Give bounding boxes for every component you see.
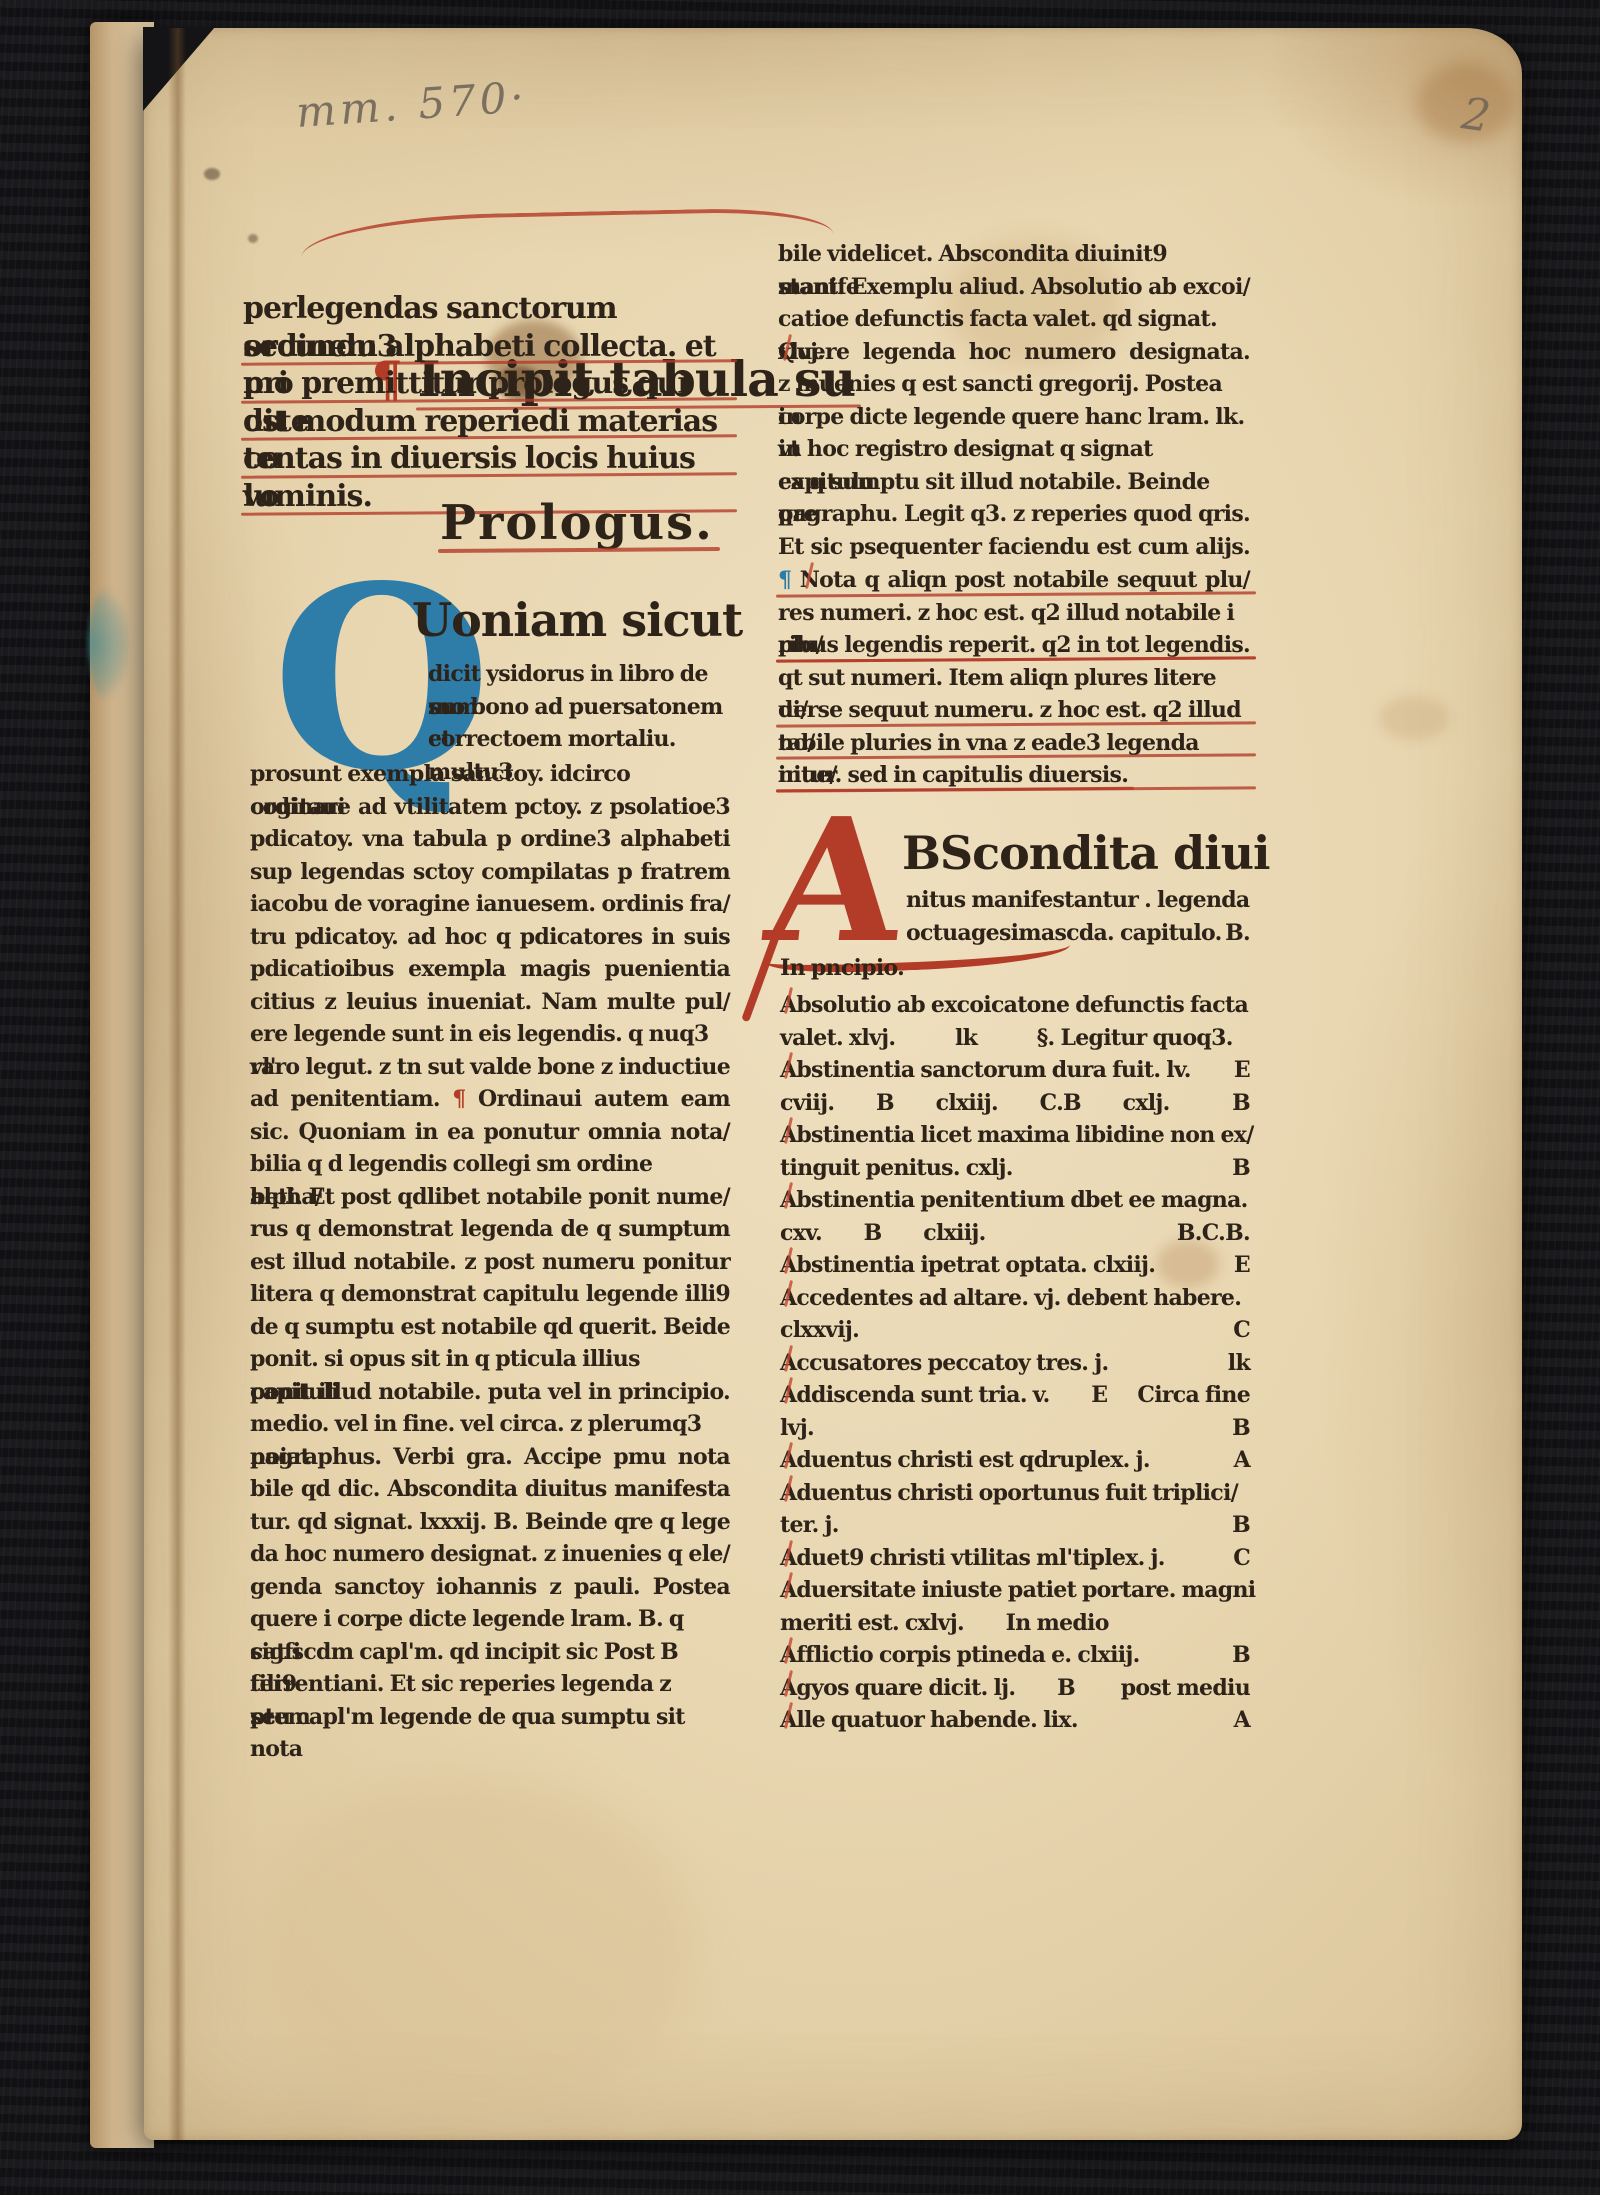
ink-speck xyxy=(204,168,220,180)
nota-line: ¶ Nota q aliqn post notabile sequut plu/ xyxy=(778,564,1250,597)
right-column-line: in hoc registro designat q signat capitu… xyxy=(778,433,1250,466)
reference-letters: C xyxy=(1233,1542,1250,1575)
teal-paint-smudge xyxy=(88,585,130,703)
reference-letters: B xyxy=(1232,1412,1250,1445)
prologue-line: ordinare ad vtilitatem pctoy. z psolatio… xyxy=(250,791,730,824)
rubric-stroke-initial: A xyxy=(780,1249,796,1282)
stain xyxy=(1379,696,1449,740)
reference-letters: B xyxy=(1232,1087,1250,1120)
index-line: Aduentus christi est qdruplex. j.A xyxy=(780,1444,1250,1477)
reference-letters: Circa fine xyxy=(1137,1379,1250,1412)
prologue-line: iacobu de voragine ianuesem. ordinis fra… xyxy=(250,888,730,921)
prologue-line: raro legut. z tn sut valde bone z induct… xyxy=(250,1051,730,1084)
heading-line: tentas in diuersis locis huius vo xyxy=(243,440,731,478)
heading-line: mo premittitur prologus qui oste xyxy=(243,365,731,403)
index-line: Accedentes ad altare. vj. debent habere. xyxy=(780,1282,1250,1315)
prologue-line: bilia q d legendis collegi sm ordine alp… xyxy=(250,1148,730,1181)
prologue-line: pagraphus. Verbi gra. Accipe pmu nota xyxy=(250,1441,730,1474)
rubric-stroke-initial: A xyxy=(780,1282,796,1315)
prologue-line: pdicatoy. vna tabula p ordine3 alphabeti xyxy=(250,823,730,856)
reference-letters: post mediu xyxy=(1121,1672,1250,1705)
nota-line: tabile pluries in vna z eade3 legenda in… xyxy=(778,727,1250,760)
nota-line: res numeri. z hoc est. q2 illud notabile… xyxy=(778,597,1250,630)
heading-line: dit modum reperiedi materias co xyxy=(243,403,731,441)
index-line: cviij. B clxiij. C.B cxlj.B xyxy=(780,1087,1250,1120)
prologue-line: sic. Quoniam in ea ponutur omnia nota/ xyxy=(250,1116,730,1149)
prologue-body: prosunt exempla sanctoy. idcirco cogitau… xyxy=(250,758,730,1733)
nota-line: qt sut numeri. Item aliqn plures litere … xyxy=(778,662,1250,695)
entry-heading-continuation: nitus manifestantur . legendaoctuagesima… xyxy=(906,884,1250,949)
gutter-fold-line xyxy=(168,28,186,2140)
prologue-line: cat scdm capl'm. qd incipit sic Post B f… xyxy=(250,1636,730,1669)
index-line: ter. j.B xyxy=(780,1509,1250,1542)
rubric-stroke-initial: A xyxy=(780,989,796,1022)
index-line: Aduet9 christi vtilitas ml'tiplex. j.C xyxy=(780,1542,1250,1575)
rubric-stroke-initial: A xyxy=(780,1444,796,1477)
prologue-line: terrentiani. Et sic reperies legenda z p… xyxy=(250,1668,730,1701)
index-line: Absolutio ab excoicatone defunctis facta xyxy=(780,989,1250,1022)
rubric-stroke-initial: Q xyxy=(778,336,796,369)
prologue-line: ere legende sunt in eis legendis. q nuq3… xyxy=(250,1018,730,1051)
book-page: mm. 570· 2 ¶Incipit tabula su perlegenda… xyxy=(144,28,1522,2140)
index-line: clxxvij.C xyxy=(780,1314,1250,1347)
index-line: Abstinentia ipetrat optata. clxiij.E xyxy=(780,1249,1250,1282)
index-line: lvj.B xyxy=(780,1412,1250,1445)
prologue-line: litera q demonstrat capitulu legende ill… xyxy=(250,1278,730,1311)
right-column-line: z inuenies q est sancti gregorij. Postea… xyxy=(778,368,1250,401)
rubric-stroke-initial: A xyxy=(780,1379,796,1412)
prologue-line: quere i corpe dicte legende lram. B. q s… xyxy=(250,1603,730,1636)
prologue-line: citius z leuius inueniat. Nam multe pul/ xyxy=(250,986,730,1019)
entry-line: nitus manifestantur . legenda xyxy=(906,884,1250,917)
prologue-line: medio. vel in fine. vel circa. z plerumq… xyxy=(250,1408,730,1441)
index-line: Accusatores peccatoy tres. j.lk xyxy=(780,1347,1250,1380)
right-column-line: pagraphu. Legit q3. z reperies quod qris… xyxy=(778,498,1250,531)
alphabetical-index: Absolutio ab excoicatone defunctis facta… xyxy=(780,989,1250,1737)
prologue-line: da hoc numero designat. z inuenies q ele… xyxy=(250,1538,730,1571)
right-column-top-text: bile videlicet. Abscondita diuinit9 mani… xyxy=(778,238,1250,563)
prologue-line: beti. Et post qdlibet notabile ponit num… xyxy=(250,1181,730,1214)
index-line: Abstinentia licet maxima libidine non ex… xyxy=(780,1119,1250,1152)
heading-line: perlegendas sanctorum secundu3 xyxy=(243,290,731,328)
prologue-line: pdicatioibus exempla magis puenientia xyxy=(250,953,730,986)
prologue-line: correctoem mortaliu. multu3 xyxy=(428,723,730,756)
reference-letters: E xyxy=(1234,1249,1250,1282)
reference-letters: E xyxy=(1234,1054,1250,1087)
right-column-line: Quere legenda hoc numero designata. xyxy=(778,336,1250,369)
rubric-flourish xyxy=(301,206,834,257)
prologue-line: tru pdicatoy. ad hoc q pdicatores in sui… xyxy=(250,921,730,954)
entry-line: octuagesimascda. capitulo.B. xyxy=(906,917,1250,950)
shelfmark-annotation: mm. 570· xyxy=(295,72,530,137)
prologue-line: de q sumptu est notabile qd querit. Beid… xyxy=(250,1311,730,1344)
reference-letters: B xyxy=(1232,1639,1250,1672)
rubric-stroke-initial: A xyxy=(780,1639,796,1672)
prologue-line: ponit. si opus sit in q pticula illius c… xyxy=(250,1343,730,1376)
index-line: meriti est. cxlvj. In medio xyxy=(780,1607,1250,1640)
entry-position-line: In pncipio. xyxy=(780,952,1080,985)
rubric-stroke-initial: A xyxy=(780,1184,796,1217)
index-line: Addiscenda sunt tria. v. ECirca fine xyxy=(780,1379,1250,1412)
reference-letters: C xyxy=(1233,1314,1250,1347)
index-line: Agyos quare dicit. lj. Bpost mediu xyxy=(780,1672,1250,1705)
reference-letters: B.C.B. xyxy=(1177,1217,1250,1250)
index-line: Abstinentia penitentium dbet ee magna. xyxy=(780,1184,1250,1217)
stain xyxy=(254,1778,694,2118)
prologue-line: ad penitentiam. ¶ Ordinaui autem eam xyxy=(250,1083,730,1116)
incipit-heading: ¶Incipit tabula su perlegendas sanctorum… xyxy=(243,224,731,515)
right-column-line: Et sic psequenter faciendu est cum alijs… xyxy=(778,531,1250,564)
reference-letters: B. xyxy=(1225,917,1250,950)
prologue-line: bile qd dic. Abscondita diuitus manifest… xyxy=(250,1473,730,1506)
reference-letters: A xyxy=(1234,1444,1250,1477)
entry-position: In pncipio. xyxy=(780,952,1080,985)
index-line: Aduersitate iniuste patiet portare. magn… xyxy=(780,1574,1250,1607)
right-column-line: bile videlicet. Abscondita diuinit9 mani… xyxy=(778,238,1250,271)
prologue-line: prosunt exempla sanctoy. idcirco cogitau… xyxy=(250,758,730,791)
reference-letters: B xyxy=(1232,1509,1250,1542)
rubric-stroke-initial: A xyxy=(780,1054,796,1087)
rubric-stroke-initial: A xyxy=(780,1574,796,1607)
index-line: valet. xlvj. lk §. Legitur quoq3. xyxy=(780,1022,1250,1055)
index-line: tinguit penitus. cxlj.B xyxy=(780,1152,1250,1185)
rubric-stroke-initial: A xyxy=(780,1477,796,1510)
prologue-line: mo bono ad puersatonem et xyxy=(428,691,730,724)
rubric-stroke-initial: A xyxy=(780,1347,796,1380)
nota-paragraph: ¶ Nota q aliqn post notabile sequut plu/… xyxy=(778,564,1250,792)
rubric-stroke-initial: A xyxy=(780,1672,796,1705)
right-column-line: corpe dicte legende quere hanc lram. lk.… xyxy=(778,401,1250,434)
prologue-indent-lines: dicit ysidorus in libro de summo bono ad… xyxy=(428,658,730,756)
nota-line: ribus legendis reperit. q2 in tot legend… xyxy=(778,629,1250,662)
prologue-line: rus q demonstrat legenda de q sumptum xyxy=(250,1213,730,1246)
entry-heading-large: BScondita diui xyxy=(902,826,1270,884)
scanned-book-photo: mm. 570· 2 ¶Incipit tabula su perlegenda… xyxy=(0,0,1600,2195)
rubric-stroke-initial: A xyxy=(780,1119,796,1152)
rubric-stroke-initial: A xyxy=(780,1542,796,1575)
index-line: Afflictio corpis ptineda e. clxiij.B xyxy=(780,1639,1250,1672)
reference-letters: lk xyxy=(1228,1347,1250,1380)
reference-letters: A xyxy=(1234,1704,1250,1737)
reference-letters: B xyxy=(1232,1152,1250,1185)
prologue-line: ponit illud notabile. puta vel in princi… xyxy=(250,1376,730,1409)
heading-line: ordinem alphabeti collecta. et pri xyxy=(243,328,731,366)
prologue-opening-line: Uoniam sicut xyxy=(412,592,742,652)
rubric-stroke-initial: N xyxy=(800,564,819,597)
heading-first-line: ¶Incipit tabula su xyxy=(243,224,731,290)
nota-line: uerse sequut numeru. z hoc est. q2 illud… xyxy=(778,694,1250,727)
prologue-line: tur. qd signat. lxxxij. B. Beinde qre q … xyxy=(250,1506,730,1539)
heading-lines: perlegendas sanctorum secundu3ordinem al… xyxy=(243,290,731,515)
index-line: Abstinentia sanctorum dura fuit. lv.E xyxy=(780,1054,1250,1087)
index-line: cxv. B clxiij.B.C.B. xyxy=(780,1217,1250,1250)
prologue-line: est illud notabile. z post numeru ponitu… xyxy=(250,1246,730,1279)
index-line: Alle quatuor habende. lix.A xyxy=(780,1704,1250,1737)
right-column-line: ex q sumptu sit illud notabile. Beinde q… xyxy=(778,466,1250,499)
prologue-line: genda sanctoy iohannis z pauli. Postea xyxy=(250,1571,730,1604)
rubric-stroke-initial: A xyxy=(780,1704,796,1737)
prologue-line: sup legendas sctoy compilatas p fratrem xyxy=(250,856,730,889)
prologue-line: seu capl'm legende de qua sumptu sit not… xyxy=(250,1701,730,1734)
right-column-line: stant. Exemplu aliud. Absolutio ab excoi… xyxy=(778,271,1250,304)
right-column-line: catioe defunctis facta valet. qd signat.… xyxy=(778,303,1250,336)
index-line: Aduentus christi oportunus fuit triplici… xyxy=(780,1477,1250,1510)
prologue-line: dicit ysidorus in libro de sum xyxy=(428,658,730,691)
